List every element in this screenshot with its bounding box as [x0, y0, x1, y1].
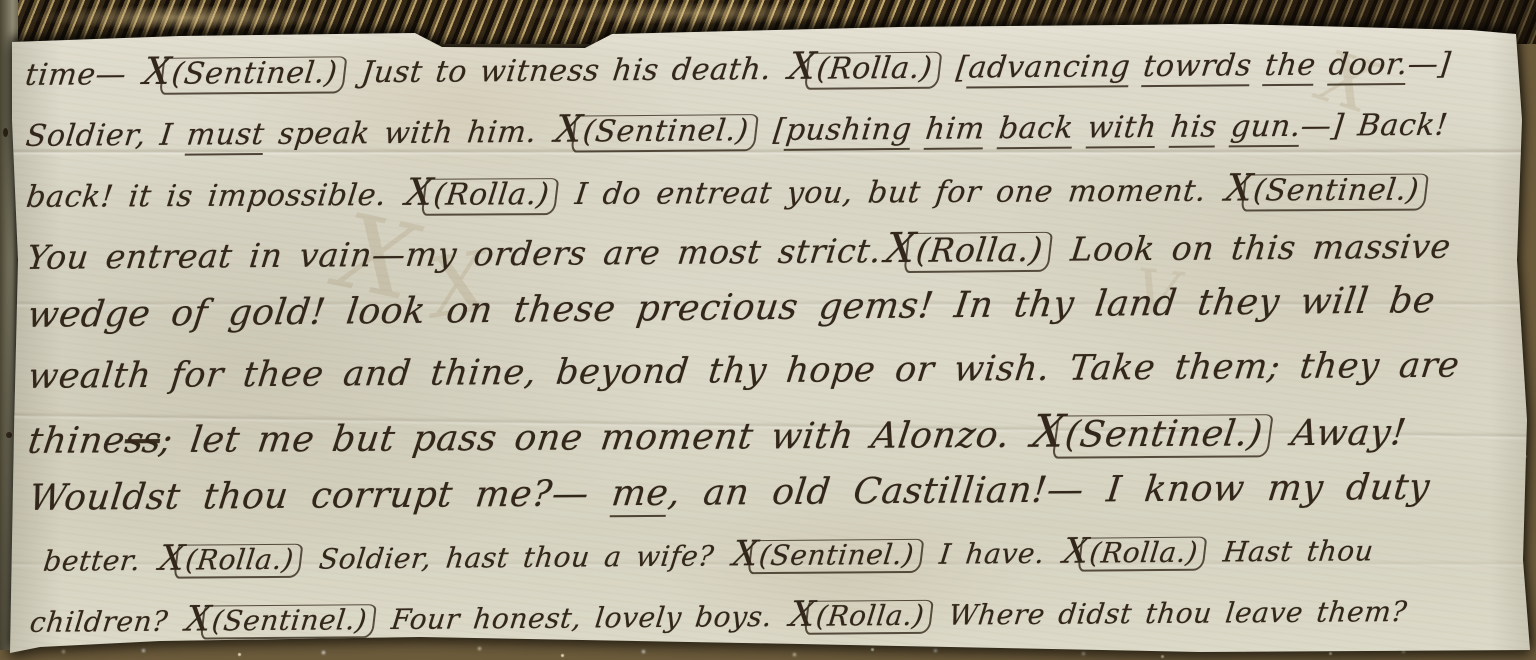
- cross-mark: X: [786, 44, 818, 88]
- cross-mark: X: [1061, 532, 1091, 572]
- character-cue: X(Sentinel.): [1028, 400, 1275, 466]
- manuscript-line: wealth for thee and thine, beyond thy ho…: [25, 335, 1526, 408]
- character-name-box: (Sentinel.): [1241, 174, 1429, 211]
- cross-mark: X: [141, 49, 173, 93]
- paper-shadow-wrap: XXXV time— X(Sentinel.) Just to witness …: [0, 0, 1536, 660]
- character-cue: X(Rolla.): [156, 528, 306, 591]
- handwritten-text: Soldier, I: [24, 118, 189, 154]
- handwritten-text: Wouldst thou corrupt me?—: [27, 473, 614, 519]
- handwritten-text: back! it is impossible.: [24, 178, 403, 215]
- character-cue: X(Rolla.): [785, 35, 944, 100]
- underlined-word: gun.: [1229, 109, 1303, 148]
- handwritten-text: Four honest, lovely boys.: [376, 600, 788, 636]
- cross-mark: X: [883, 224, 918, 272]
- character-name-box: (Sentinel.): [571, 114, 759, 152]
- manuscript-photo: XXXV time— X(Sentinel.) Just to witness …: [0, 0, 1536, 660]
- cross-mark: X: [183, 599, 213, 639]
- handwritten-text: I have.: [923, 537, 1061, 571]
- cross-mark: X: [403, 170, 435, 214]
- cross-mark: X: [157, 539, 187, 579]
- manuscript-line: children? X(Sentinel.) Four honest, love…: [27, 579, 1528, 652]
- underlined-word: him: [923, 111, 987, 150]
- underlined-word: must: [185, 117, 267, 156]
- cross-mark: X: [730, 534, 760, 574]
- character-cue: X(Rolla.): [882, 217, 1055, 281]
- handwritten-text: I do entreat you, but for one moment.: [558, 174, 1223, 212]
- manuscript-line: Soldier, I must speak with him. X(Sentin…: [23, 91, 1524, 164]
- character-cue: X(Sentinel.): [1222, 157, 1431, 222]
- handwritten-text: ; let me but pass one moment with Alonzo…: [157, 415, 1030, 461]
- handwritten-text: Hast thou: [1207, 534, 1376, 568]
- handwritten-text: You entreat in vain—my orders are most s…: [25, 231, 884, 277]
- character-cue: X(Rolla.): [1060, 521, 1210, 584]
- handwritten-text: thine: [26, 420, 128, 462]
- handwritten-text: Away!: [1271, 412, 1409, 454]
- handwritten-text: —] Back!: [1299, 108, 1450, 144]
- underlined-word: back: [997, 111, 1076, 150]
- underlined-word: towrds: [1141, 48, 1254, 87]
- character-name-box: (Rolla.): [904, 232, 1053, 273]
- character-cue: X(Rolla.): [402, 161, 561, 226]
- handwritten-text: Where didst thou leave them?: [933, 595, 1409, 632]
- handwritten-text: Look on this massive: [1052, 227, 1453, 269]
- character-cue: X(Sentinel.): [182, 588, 379, 652]
- stage-direction: pushing him back with his gun.: [784, 109, 1303, 151]
- character-name-box: (Rolla.): [804, 52, 942, 90]
- handwritten-text: better.: [42, 544, 157, 578]
- cross-mark: X: [788, 595, 818, 635]
- underlined-word: his: [1169, 110, 1219, 148]
- character-name-box: (Rolla.): [804, 600, 934, 635]
- character-name-box: (Sentinel.): [747, 539, 924, 575]
- manuscript-text: time— X(Sentinel.) Just to witness his d…: [26, 30, 1525, 652]
- character-name-box: (Sentinel.): [200, 604, 377, 640]
- character-name-box: (Sentinel.): [160, 56, 348, 94]
- underlined-word: me: [609, 473, 671, 517]
- handwritten-text: children?: [28, 605, 183, 639]
- character-name-box: (Rolla.): [173, 544, 303, 579]
- character-cue: X(Rolla.): [786, 584, 936, 647]
- handwritten-text: , an old Castillian!— I know my duty: [666, 467, 1432, 514]
- handwritten-text: wedge of gold! look on these precious ge…: [25, 280, 1437, 336]
- handwritten-text: Just to witness his death.: [346, 52, 786, 90]
- underlined-word: the: [1263, 48, 1318, 86]
- handwritten-text: —]: [1406, 47, 1453, 82]
- stage-direction: advancing towrds the door.: [966, 47, 1410, 88]
- handwritten-text: Soldier, hast thou a wife?: [303, 539, 731, 575]
- manuscript-page: XXXV time— X(Sentinel.) Just to witness …: [0, 0, 1536, 660]
- character-cue: X(Sentinel.): [140, 39, 349, 105]
- character-name-box: (Rolla.): [1078, 537, 1208, 572]
- character-name-box: (Sentinel.): [1052, 414, 1273, 458]
- handwritten-text: time—: [24, 57, 142, 93]
- cross-mark: X: [553, 106, 585, 150]
- underlined-word: with: [1085, 110, 1158, 149]
- cross-mark: X: [1223, 165, 1255, 209]
- handwritten-text: speak with him.: [262, 115, 552, 152]
- handwritten-text: wealth for thee and thine, beyond thy ho…: [26, 346, 1462, 397]
- character-name-box: (Rolla.): [421, 178, 559, 215]
- underlined-word: advancing: [966, 49, 1132, 88]
- character-cue: X(Sentinel.): [551, 97, 760, 163]
- underlined-word: door.: [1327, 47, 1410, 86]
- character-cue: X(Sentinel.): [729, 523, 926, 587]
- underlined-word: pushing: [784, 112, 914, 151]
- struck-out-text: ss: [122, 420, 162, 461]
